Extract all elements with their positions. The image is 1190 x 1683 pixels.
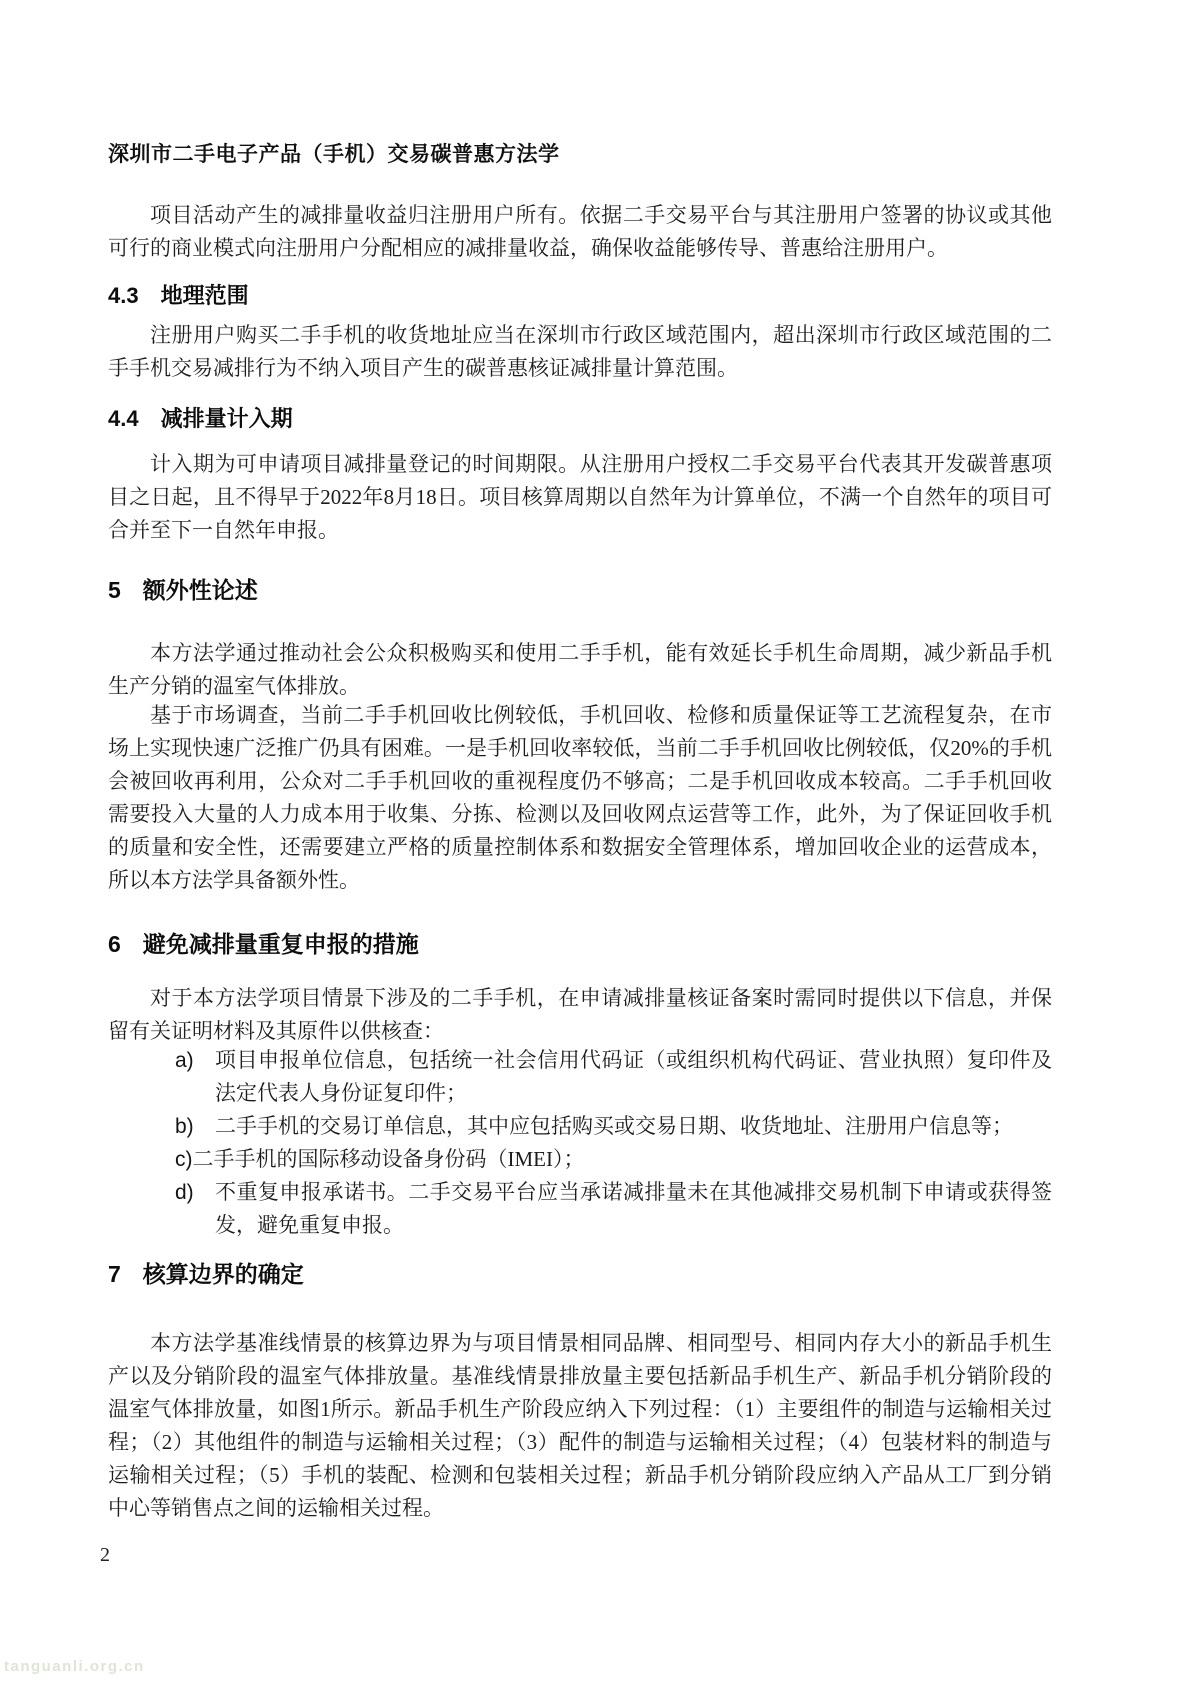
- list-item-d: d) 不重复申报承诺书。二手交易平台应当承诺减排量未在其他减排交易机制下申请或获…: [108, 1176, 1052, 1242]
- heading-number: 7: [108, 1259, 121, 1289]
- list-item-label: a): [175, 1044, 215, 1110]
- paragraph-benefit-allocation: 项目活动产生的减排量收益归注册用户所有。依据二手交易平台与其注册用户签署的协议或…: [108, 199, 1052, 265]
- watermark: tanguanli.org.cn: [4, 1658, 145, 1675]
- heading-4-4: 4.4 减排量计入期: [108, 404, 1052, 434]
- lettered-list: a) 项目申报单位信息，包括统一社会信用代码证（或组织机构代码证、营业执照）复印…: [108, 1044, 1052, 1242]
- paragraph-additionality-2: 基于市场调查，当前二手手机回收比例较低，手机回收、检修和质量保证等工艺流程复杂，…: [108, 699, 1052, 897]
- paragraph-geographic-scope: 注册用户购买二手手机的收货地址应当在深圳市行政区域范围内，超出深圳市行政区域范围…: [108, 319, 1052, 385]
- list-item-c: c) 二手手机的国际移动设备身份码（IMEI）；: [108, 1143, 1052, 1176]
- heading-number: 6: [108, 929, 121, 959]
- heading-number: 5: [108, 575, 121, 605]
- heading-4-3: 4.3 地理范围: [108, 281, 1052, 311]
- list-item-a: a) 项目申报单位信息，包括统一社会信用代码证（或组织机构代码证、营业执照）复印…: [108, 1044, 1052, 1110]
- paragraph-additionality-1: 本方法学通过推动社会公众积极购买和使用二手手机，能有效延长手机生命周期，减少新品…: [108, 637, 1052, 703]
- list-item-b: b) 二手手机的交易订单信息，其中应包括购买或交易日期、收货地址、注册用户信息等…: [108, 1110, 1052, 1143]
- list-item-label: b): [175, 1110, 215, 1143]
- heading-7: 7 核算边界的确定: [108, 1259, 1052, 1289]
- running-header: 深圳市二手电子产品（手机）交易碳普惠方法学: [108, 140, 1052, 170]
- heading-title: 额外性论述: [143, 575, 258, 605]
- heading-number: 4.3: [108, 281, 139, 311]
- page-number: 2: [100, 1542, 110, 1568]
- paragraph-double-counting-intro: 对于本方法学项目情景下涉及的二手手机，在申请减排量核证备案时需同时提供以下信息，…: [108, 982, 1052, 1048]
- list-item-text: 二手手机的交易订单信息，其中应包括购买或交易日期、收货地址、注册用户信息等；: [215, 1110, 1052, 1143]
- heading-5: 5 额外性论述: [108, 575, 1052, 605]
- heading-title: 减排量计入期: [161, 404, 293, 434]
- heading-number: 4.4: [108, 404, 139, 434]
- heading-6: 6 避免减排量重复申报的措施: [108, 929, 1052, 959]
- list-item-text: 项目申报单位信息，包括统一社会信用代码证（或组织机构代码证、营业执照）复印件及法…: [215, 1044, 1052, 1110]
- list-item-text: 二手手机的国际移动设备身份码（IMEI）；: [193, 1143, 1053, 1176]
- heading-title: 避免减排量重复申报的措施: [143, 929, 419, 959]
- list-item-label: d): [175, 1176, 215, 1242]
- list-item-label: c): [175, 1143, 193, 1176]
- heading-title: 核算边界的确定: [143, 1259, 304, 1289]
- heading-title: 地理范围: [161, 281, 249, 311]
- document-page: 深圳市二手电子产品（手机）交易碳普惠方法学 项目活动产生的减排量收益归注册用户所…: [0, 0, 1190, 1683]
- paragraph-crediting-period: 计入期为可申请项目减排量登记的时间期限。从注册用户授权二手交易平台代表其开发碳普…: [108, 448, 1052, 547]
- list-item-text: 不重复申报承诺书。二手交易平台应当承诺减排量未在其他减排交易机制下申请或获得签发…: [215, 1176, 1052, 1242]
- paragraph-accounting-boundary: 本方法学基准线情景的核算边界为与项目情景相同品牌、相同型号、相同内存大小的新品手…: [108, 1327, 1052, 1525]
